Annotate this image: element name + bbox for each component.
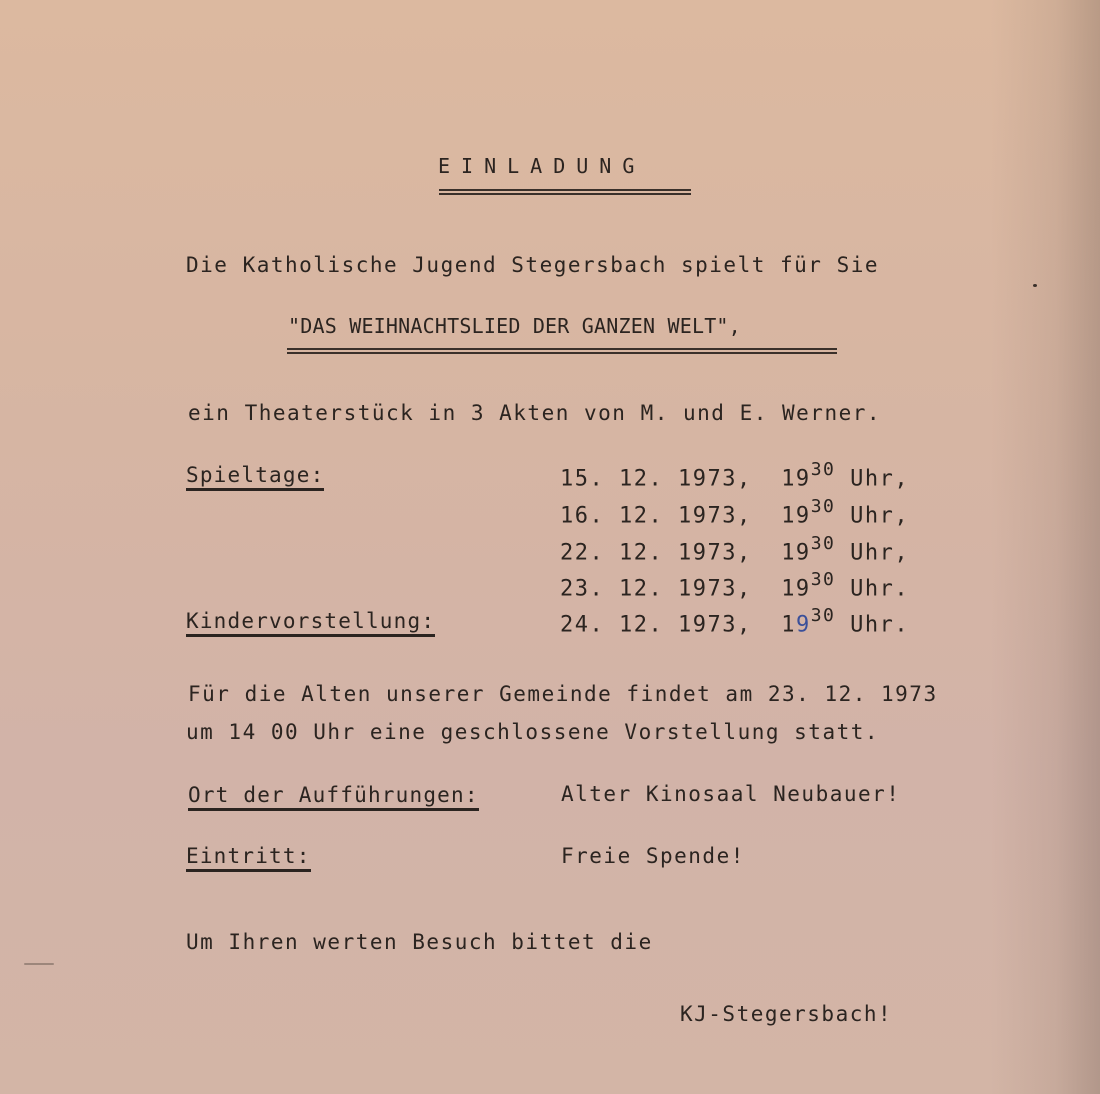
- venue-value: Alter Kinosaal Neubauer!: [561, 784, 900, 805]
- schedule-row: 22. 12. 1973, 1930 Uhr,: [560, 537, 909, 564]
- play-title: "DAS WEIHNACHTSLIED DER GANZEN WELT",: [288, 316, 741, 336]
- schedule-row: 15. 12. 1973, 1930 Uhr,: [560, 463, 909, 490]
- byline: ein Theaterstück in 3 Akten von M. und E…: [188, 403, 881, 424]
- scanned-invitation-page: EINLADUNG Die Katholische Jugend Stegers…: [0, 0, 1100, 1094]
- schedule-row: 23. 12. 1973, 1930 Uhr.: [560, 573, 909, 600]
- entry-label: Eintritt:: [186, 846, 311, 872]
- signature: KJ-Stegersbach!: [680, 1004, 892, 1025]
- paper-mark: [24, 963, 54, 965]
- ink-corrected-digit: 9: [796, 612, 811, 637]
- title-double-underline: [439, 189, 691, 195]
- closing-line: Um Ihren werten Besuch bittet die: [186, 932, 653, 953]
- entry-value: Freie Spende!: [561, 846, 745, 867]
- spieltage-label: Spieltage:: [186, 465, 324, 491]
- seniors-line-1: Für die Alten unserer Gemeinde findet am…: [188, 684, 938, 705]
- intro-line: Die Katholische Jugend Stegersbach spiel…: [186, 255, 879, 276]
- paper-speck: [1033, 284, 1037, 287]
- play-title-double-underline: [287, 348, 837, 354]
- schedule-row: 16. 12. 1973, 1930 Uhr,: [560, 500, 909, 527]
- schedule-row: 24. 12. 1973, 1930 Uhr.: [560, 609, 909, 636]
- seniors-line-2: um 14 00 Uhr eine geschlossene Vorstellu…: [186, 722, 879, 743]
- document-title: EINLADUNG: [438, 156, 645, 176]
- venue-label: Ort der Aufführungen:: [188, 785, 479, 811]
- kindervorstellung-label: Kindervorstellung:: [186, 611, 435, 637]
